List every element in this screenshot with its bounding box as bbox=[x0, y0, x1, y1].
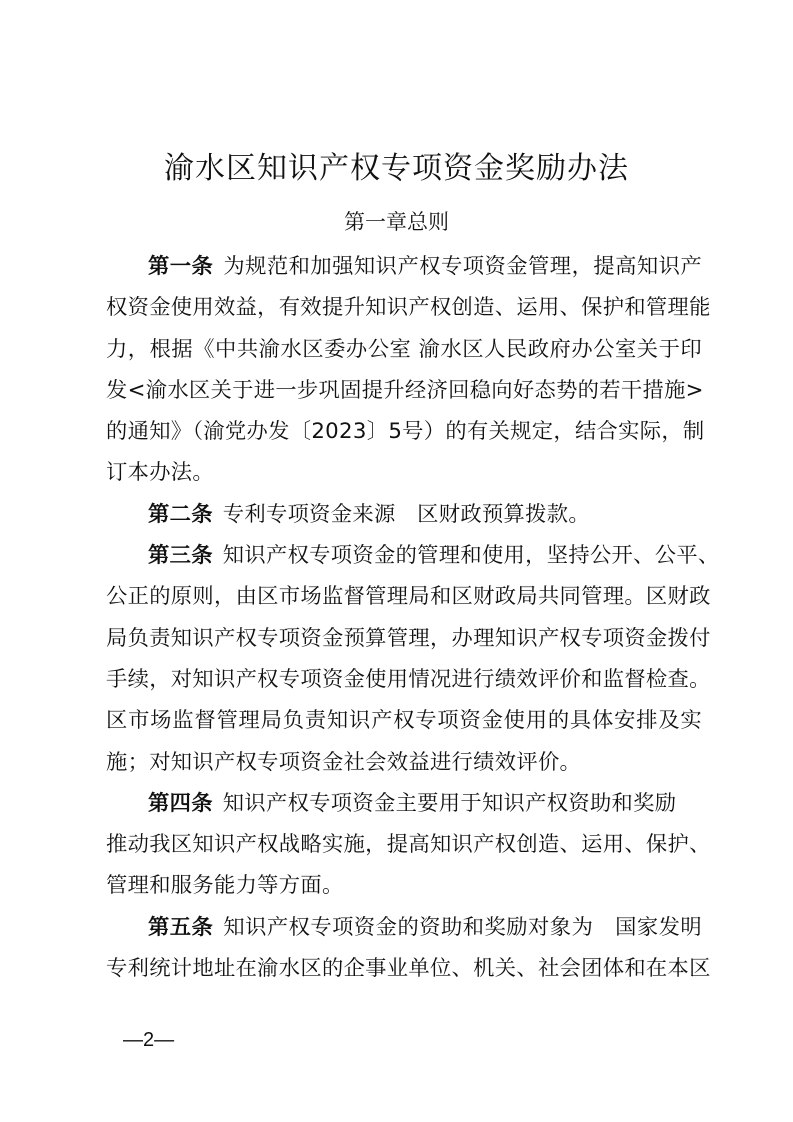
article-line: 发<渝水区关于进一步巩固提升经济回稳向好态势的若干措施> bbox=[106, 370, 702, 411]
article-3: 第三条知识产权专项资金的管理和使用，坚持公开、公平、 公正的原则，由区市场监督管… bbox=[106, 535, 702, 783]
article-label: 第五条 bbox=[148, 915, 213, 940]
article-line: 公正的原则，由区市场监督管理局和区财政局共同管理。区财政 bbox=[106, 576, 702, 617]
article-text: 知识产权专项资金的管理和使用，坚持公开、公平、 bbox=[223, 543, 720, 568]
article-text: 知识产权专项资金主要用于知识产权资助和奖励 bbox=[223, 791, 677, 816]
document-page: 渝水区知识产权专项资金奖励办法 第一章总则 第一条为规范和加强知识产权专项资金管… bbox=[0, 0, 793, 1122]
article-line: 推动我区知识产权战略实施，提高知识产权创造、运用、保护、 bbox=[106, 824, 702, 865]
article-label: 第二条 bbox=[148, 502, 213, 527]
article-line: 第四条知识产权专项资金主要用于知识产权资助和奖励 bbox=[106, 783, 702, 824]
article-text: 知识产权专项资金的资助和奖励对象为 国家发明 bbox=[223, 915, 702, 940]
article-line: 第二条专利专项资金来源 区财政预算拨款。 bbox=[106, 494, 702, 535]
article-line: 力，根据《中共渝水区委办公室 渝水区人民政府办公室关于印 bbox=[106, 329, 702, 370]
article-line: 专利统计地址在渝水区的企事业单位、机关、社会团体和在本区 bbox=[106, 948, 702, 989]
article-2: 第二条专利专项资金来源 区财政预算拨款。 bbox=[106, 494, 702, 535]
article-label: 第四条 bbox=[148, 791, 213, 816]
article-5: 第五条知识产权专项资金的资助和奖励对象为 国家发明 专利统计地址在渝水区的企事业… bbox=[106, 907, 702, 990]
article-line: 手续，对知识产权专项资金使用情况进行绩效评价和监督检查。 bbox=[106, 659, 702, 700]
article-line: 第三条知识产权专项资金的管理和使用，坚持公开、公平、 bbox=[106, 535, 702, 576]
article-text: 为规范和加强知识产权专项资金管理，提高知识产 bbox=[223, 254, 702, 279]
document-body: 第一条为规范和加强知识产权专项资金管理，提高知识产 权资金使用效益，有效提升知识… bbox=[106, 246, 702, 989]
article-line: 区市场监督管理局负责知识产权专项资金使用的具体安排及实 bbox=[106, 700, 702, 741]
chapter-heading: 第一章总则 bbox=[0, 207, 793, 237]
document-title: 渝水区知识产权专项资金奖励办法 bbox=[0, 147, 793, 191]
article-line: 权资金使用效益，有效提升知识产权创造、运用、保护和管理能 bbox=[106, 287, 702, 328]
article-label: 第一条 bbox=[148, 254, 213, 279]
article-line: 第一条为规范和加强知识产权专项资金管理，提高知识产 bbox=[106, 246, 702, 287]
article-line: 第五条知识产权专项资金的资助和奖励对象为 国家发明 bbox=[106, 907, 702, 948]
article-line: 订本办法。 bbox=[106, 452, 702, 493]
article-line: 的通知》（渝党办发〔2023〕5号）的有关规定，结合实际，制 bbox=[106, 411, 702, 452]
article-label: 第三条 bbox=[148, 543, 213, 568]
article-line: 施；对知识产权专项资金社会效益进行绩效评价。 bbox=[106, 742, 702, 783]
article-4: 第四条知识产权专项资金主要用于知识产权资助和奖励 推动我区知识产权战略实施，提高… bbox=[106, 783, 702, 907]
article-line: 管理和服务能力等方面。 bbox=[106, 865, 702, 906]
article-text: 专利专项资金来源 区财政预算拨款。 bbox=[223, 502, 590, 527]
article-line: 局负责知识产权专项资金预算管理，办理知识产权专项资金拨付 bbox=[106, 618, 702, 659]
page-number: —2— bbox=[123, 1028, 174, 1052]
article-1: 第一条为规范和加强知识产权专项资金管理，提高知识产 权资金使用效益，有效提升知识… bbox=[106, 246, 702, 494]
